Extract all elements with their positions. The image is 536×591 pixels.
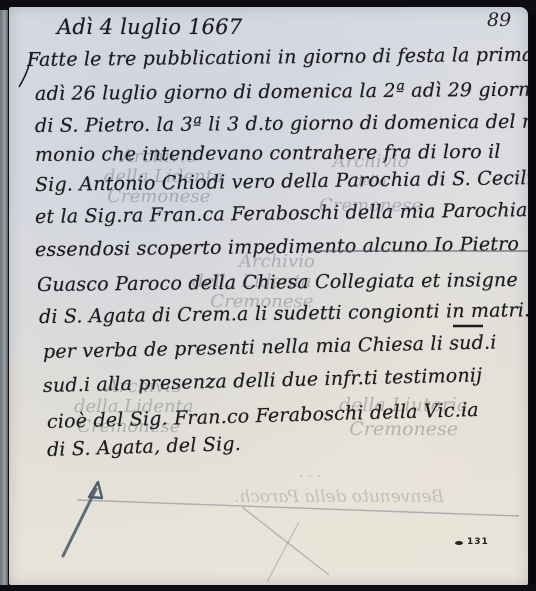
page-right-edge	[530, 14, 536, 584]
manuscript-page: Benvenuto della Paroch. · · · Archivio d…	[9, 7, 528, 585]
ink-flourish	[19, 52, 31, 87]
pencil-arrow-icon	[63, 482, 102, 556]
pencil-rule-line	[77, 500, 519, 516]
binding-edge	[0, 10, 8, 585]
paper-edge-line	[310, 250, 528, 252]
pencil-cross-stroke	[242, 507, 329, 575]
pencil-annotations	[9, 7, 528, 585]
